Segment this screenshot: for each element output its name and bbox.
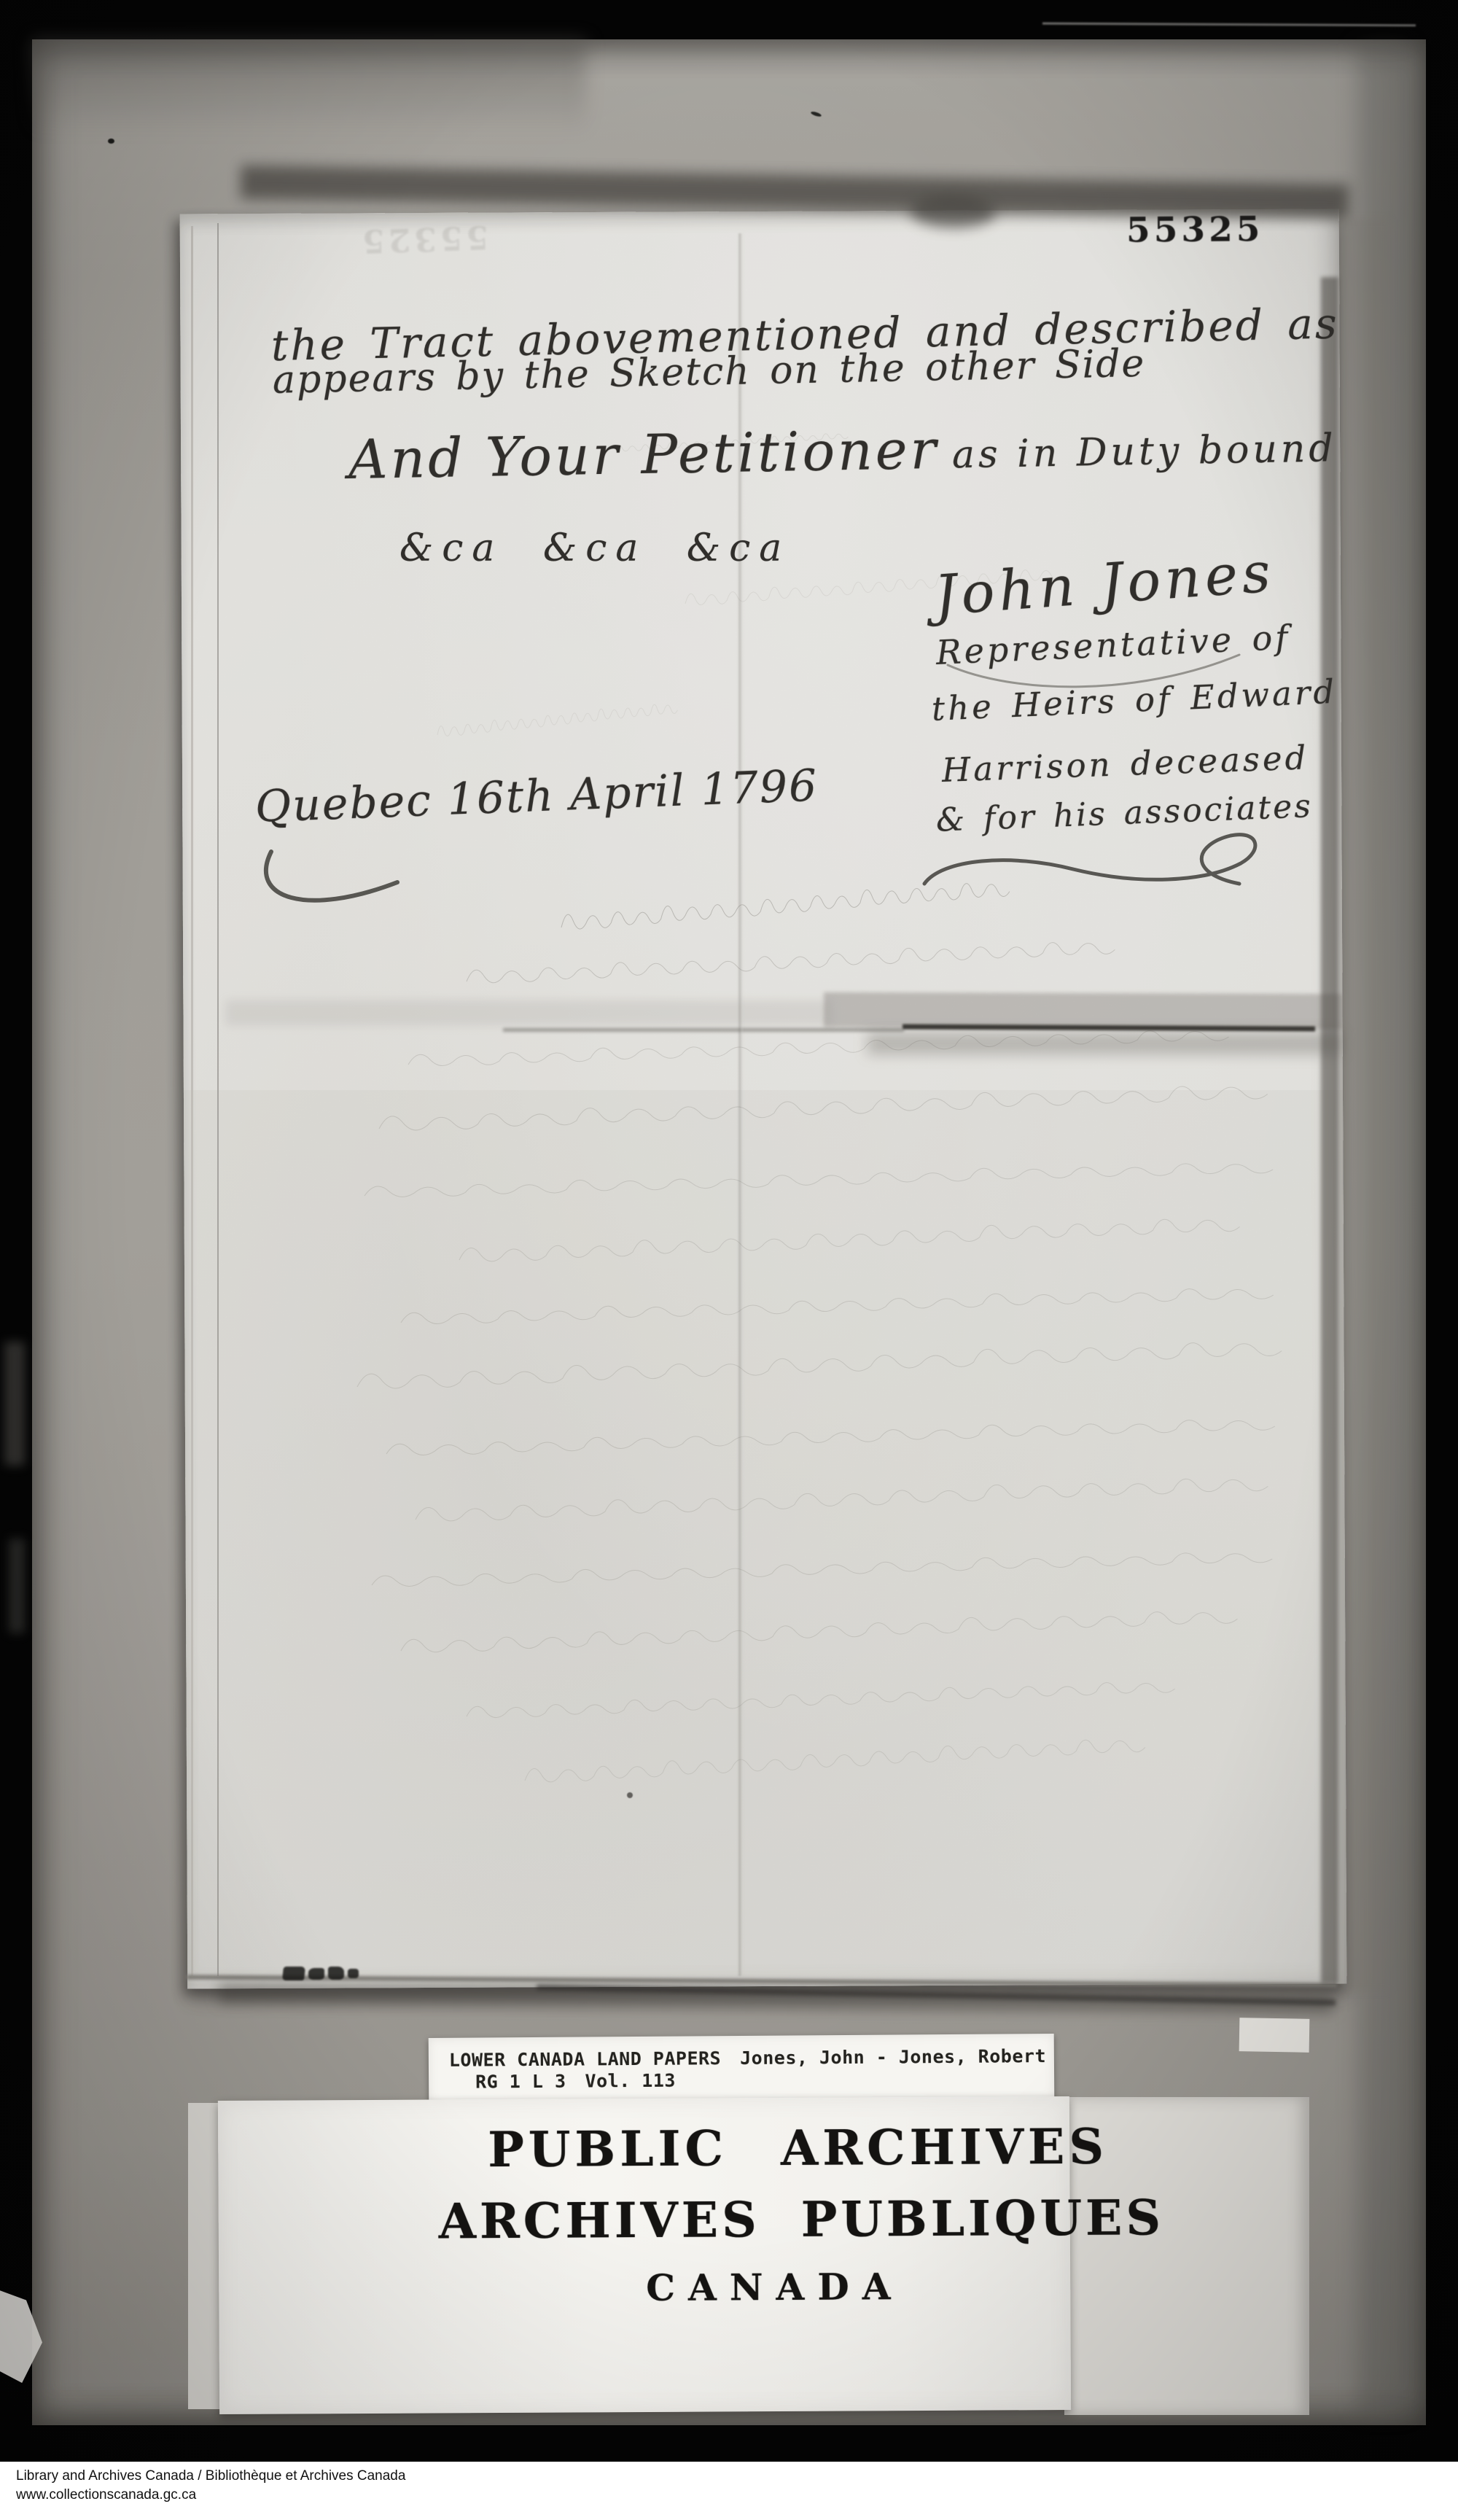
fold-edge-line-left (503, 1028, 904, 1032)
archival-photograph: 55325 55325 the Tract abovementioned and… (0, 0, 1458, 2520)
card-left-sliver (188, 2103, 222, 2409)
archives-stamp-card: PUBLIC ARCHIVES ARCHIVES PUBLIQUES CANAD… (218, 2096, 1071, 2414)
page-right-edge-shadow (1321, 277, 1338, 1983)
reference-label: LOWER CANADA LAND PAPERSJones, John - Jo… (429, 2034, 1055, 2105)
border-streak (4, 1342, 25, 1466)
footer-attribution: Library and Archives Canada / Bibliothèq… (16, 2467, 405, 2486)
name-range: Jones, John - Jones, Robert (740, 2045, 1046, 2069)
fold-under-shadow (868, 1032, 1341, 1054)
second-page-tint (184, 1090, 1343, 1986)
handwriting-line-3-main: And Your Petitioner (348, 419, 939, 491)
backing-beside-page-shadow (1341, 219, 1389, 1991)
fold-shadow-band (824, 992, 1343, 1029)
paper-tab (1239, 2018, 1310, 2053)
page-number-stamp: 55325 (1126, 209, 1264, 251)
handwriting-line-4-etceteras: &ca &ca &ca (399, 526, 790, 570)
backing-top-shadow (32, 39, 586, 134)
archives-stamp-line-1: PUBLIC ARCHIVES (488, 2118, 1108, 2178)
dust-speck (108, 139, 114, 144)
footer-website: www.collectionscanada.gc.ca (16, 2486, 405, 2505)
series-reference: RG 1 L 3 (475, 2071, 566, 2093)
page-left-edge-line (217, 223, 219, 1976)
border-streak (9, 1539, 25, 1633)
reference-label-line-1: LOWER CANADA LAND PAPERSJones, John - Jo… (449, 2045, 1054, 2072)
volume-reference: Vol. 113 (585, 2070, 676, 2092)
page-left-edge-highlight (191, 226, 193, 1976)
archives-stamp-line-3: CANADA (646, 2265, 904, 2309)
footer-strip: Library and Archives Canada / Bibliothèq… (0, 2462, 1458, 2520)
collection-title: LOWER CANADA LAND PAPERS (449, 2047, 721, 2071)
reference-label-line-2: RG 1 L 3Vol. 113 (475, 2067, 1054, 2093)
dust-speck (627, 1792, 633, 1798)
archives-stamp-line-2: ARCHIVES PUBLIQUES (439, 2189, 1165, 2249)
page-vertical-crease (738, 233, 744, 1976)
handwriting-line-3-rest: as in Duty bound (951, 427, 1337, 477)
offset-stamp-ghost: 55325 (358, 218, 489, 260)
top-edge-highlight (1042, 23, 1416, 27)
smudged-stamp (283, 1967, 378, 1984)
